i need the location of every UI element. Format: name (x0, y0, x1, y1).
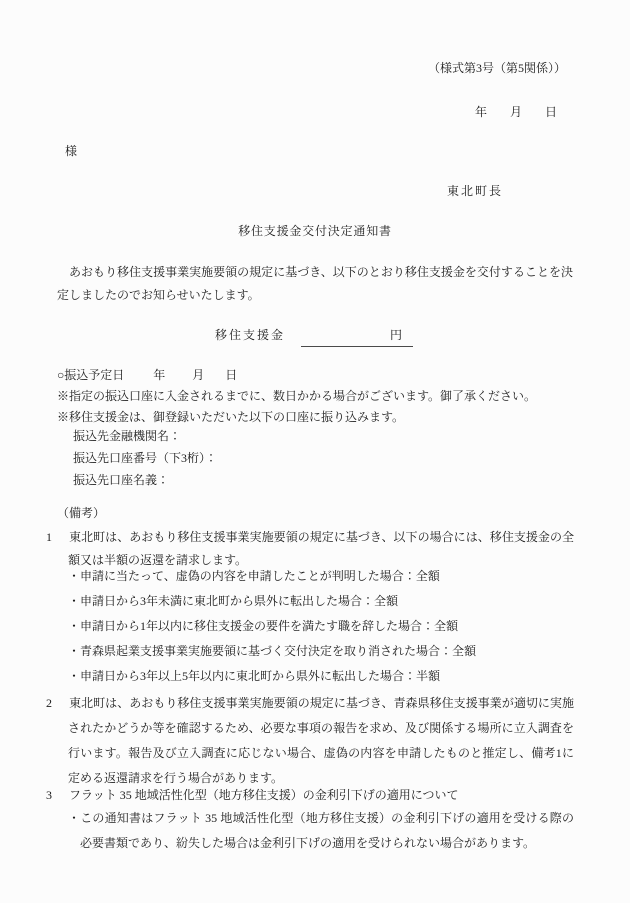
remarks-item-2: 2 東北町は、あおもり移住支援事業実施要領の規定に基づき、青森県移住支援事業が適… (68, 691, 574, 791)
separator (57, 696, 69, 710)
separator (57, 788, 69, 802)
bullet-line: ・申請に当たって、虚偽の内容を申請したことが判明した場合：全額 (68, 564, 574, 589)
issue-date-year-label: 年 (475, 105, 487, 119)
account-name-label: 振込先口座名義： (73, 470, 169, 491)
issue-date-month-label: 月 (510, 102, 522, 123)
separator (57, 530, 69, 544)
grant-amount-unit: 円 (390, 328, 402, 342)
intro-paragraph: あおもり移住支援事業実施要領の規定に基づき、以下のとおり移住支援金を交付すること… (57, 261, 573, 307)
remarks-item-3: 3 フラット 35 地域活性化型（地方移住支援）の金利引下げの適用について (68, 784, 574, 807)
account-number-label: 振込先口座番号（下3桁）： (73, 448, 217, 469)
grant-amount-line: 移住支援金円 (215, 325, 413, 347)
issue-date-day-label: 日 (545, 102, 557, 123)
document-page: （様式第3号（第5関係）） 年月日 様 東北町長 移住支援金交付決定通知書 あお… (0, 0, 630, 903)
bullet-line: ・青森県起業支援事業実施要領に基づく交付決定を取り消された場合：全額 (68, 639, 574, 664)
payment-note-1: ※指定の振込口座に入金されるまでに、数日かかる場合がございます。御了承ください。 (57, 386, 577, 407)
document-title: 移住支援金交付決定通知書 (0, 221, 630, 242)
remarks-item-3-text: フラット 35 地域活性化型（地方移住支援）の金利引下げの適用について (69, 788, 459, 802)
issue-date-line: 年月日 (475, 102, 557, 123)
addressee-suffix: 様 (65, 141, 77, 162)
transfer-date-line: ○振込予定日年月日 (57, 365, 237, 386)
bullet-line: ・申請日から1年以内に移住支援金の要件を満たす職を辞した場合：全額 (68, 614, 574, 639)
transfer-day-label: 日 (225, 365, 237, 386)
sender-name: 東北町長 (447, 181, 503, 202)
payment-note-2: ※移住支援金は、御登録いただいた以下の口座に振り込みます。 (57, 407, 577, 428)
transfer-date-label: ○振込予定日 (57, 368, 124, 382)
bullet-line: ・申請日から3年未満に東北町から県外に転出した場合：全額 (68, 589, 574, 614)
transfer-month-label: 月 (192, 365, 204, 386)
grant-amount-label: 移住支援金 (215, 328, 285, 342)
transfer-year-label: 年 (153, 365, 165, 386)
remarks-heading: （備考） (57, 503, 105, 524)
bank-name-label: 振込先金融機関名： (73, 426, 181, 447)
remarks-item-2-text: 東北町は、あおもり移住支援事業実施要領の規定に基づき、青森県移住支援事業が適切に… (68, 696, 574, 785)
bullet-line: ・申請日から3年以上5年以内に東北町から県外に転出した場合：半額 (68, 664, 574, 689)
grant-amount-blank: 円 (301, 325, 413, 347)
remarks-item-1-text: 東北町は、あおもり移住支援事業実施要領の規定に基づき、以下の場合には、移住支援金… (68, 530, 574, 567)
remarks-item-1-bullets: ・申請に当たって、虚偽の内容を申請したことが判明した場合：全額 ・申請日から3年… (68, 564, 574, 689)
form-number: （様式第3号（第5関係）） (0, 58, 630, 79)
remarks-item-3-bullet: ・この通知書はフラット 35 地域活性化型（地方移住支援）の金利引下げの適用を受… (80, 806, 574, 856)
